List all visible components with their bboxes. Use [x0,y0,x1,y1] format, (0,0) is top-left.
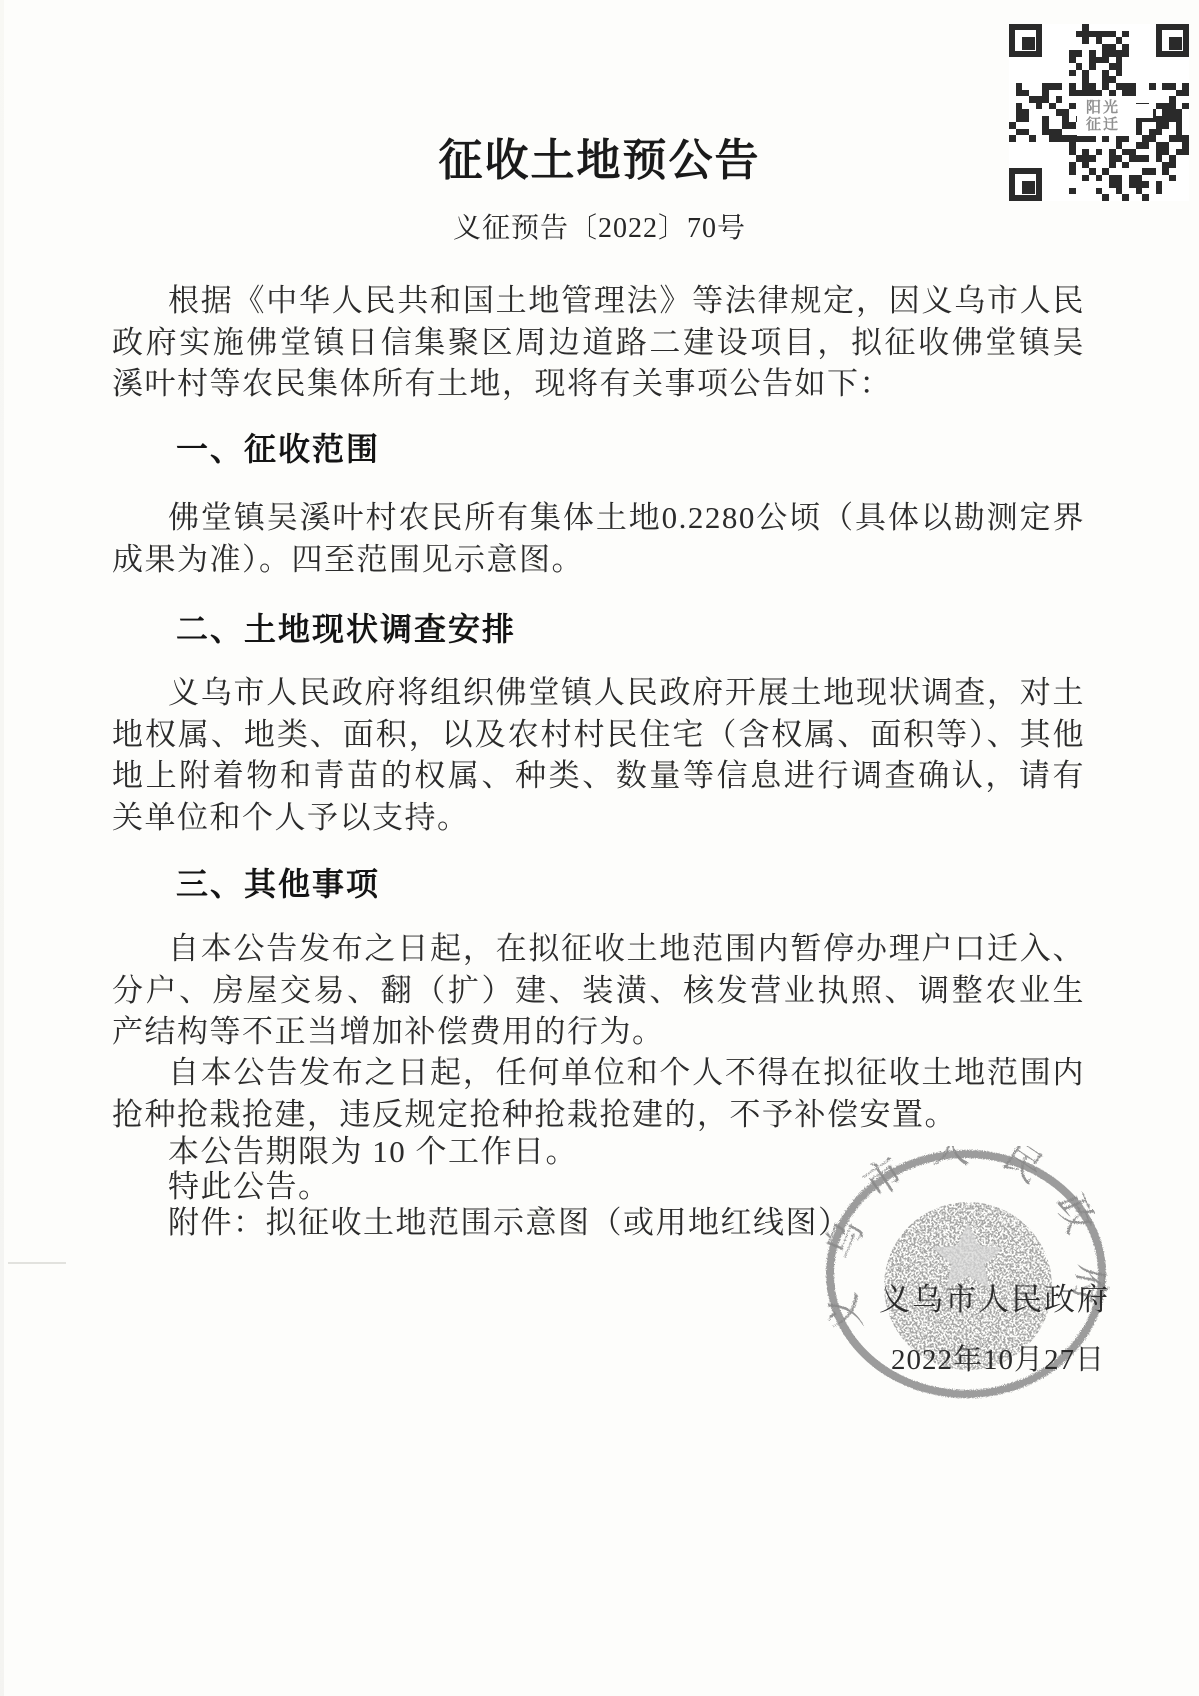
intro-paragraph: 根据《中华人民共和国土地管理法》等法律规定，因义乌市人民政府实施佛堂镇日信集聚区… [112,280,1085,405]
issuer-signature: 义乌市人民政府 [879,1274,1110,1319]
document-number: 义征预告〔2022〕70号 [0,206,1199,246]
section-3-heading: 三、其他事项 [112,859,1085,905]
qr-label-line1: 阳光 [1086,99,1120,116]
section-2-paragraph: 义乌市人民政府将组织佛堂镇人民政府开展土地现状调查，对土地权属、地类、面积，以及… [112,672,1085,838]
announcement-page: 阳光 征迁 征收土地预公告 义征预告〔2022〕70号 根据《中华人民共和国土地… [0,0,1199,1696]
scan-edge-artifact [0,0,4,1696]
section-1-paragraph: 佛堂镇吴溪叶村农民所有集体土地0.2280公顷（具体以勘测定界成果为准）。四至范… [112,497,1085,580]
section-3-paragraph-1: 自本公告发布之日起，在拟征收土地范围内暂停办理户口迁入、分户、房屋交易、翻（扩）… [112,928,1085,1053]
section-2-heading: 二、土地现状调查安排 [112,604,1085,650]
qr-finder-icon [1009,24,1042,57]
scan-line-artifact [8,1262,66,1264]
qr-label-notch [1127,104,1153,118]
section-1-heading: 一、征收范围 [112,424,1085,470]
issue-date: 2022年10月27日 [891,1337,1105,1378]
page-title: 征收土地预公告 [0,124,1199,188]
qr-finder-icon [1156,24,1189,57]
section-3-paragraph-2: 自本公告发布之日起，任何单位和个人不得在拟征收土地范围内抢种抢栽抢建，违反规定抢… [112,1052,1085,1135]
